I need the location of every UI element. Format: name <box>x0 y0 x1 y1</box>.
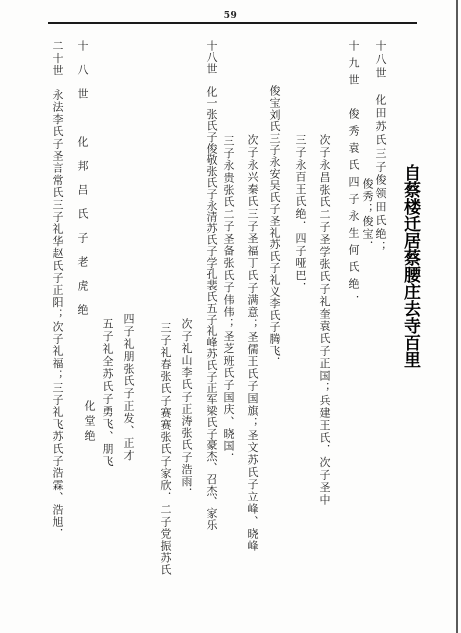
entry-gen20-yongfa: 二十世 永法李氏子圣言常氏三子礼华赵氏子正阳；次子礼福；三子礼飞苏氏子浩霖、浩旭… <box>50 40 64 540</box>
scan-edge-line <box>456 0 458 633</box>
entry-yongbai: 三子永百王氏绝．四子哑巴． <box>293 134 307 294</box>
entry-gen19-junxiu: 十九世 俊秀袁氏四子永生何氏绝． <box>346 40 360 312</box>
section-title: 自蔡楼迁居蔡腰庄去寺百里 <box>398 164 421 368</box>
page-number: 59 <box>0 11 461 21</box>
entry-yonggui: 三子永贵张氏二子圣备张氏子伟伟；圣芝班氏子国庆、晓国． <box>221 135 235 464</box>
entry-lipeng: 四子礼朋张氏子正发、正才 <box>121 313 135 462</box>
entry-lichun: 三子礼春张氏子赛赛张氏子家欣．二子党振苏氏 <box>158 322 172 576</box>
entry-liquan: 五子礼全苏氏子勇飞、朋飞 <box>100 318 114 468</box>
entry-junbao: 俊宝刘氏三子永安吴氏子圣礼苏氏子礼义李氏子腾飞． <box>267 85 281 368</box>
entry-yongxing: 次子永兴秦氏三子圣福丁氏子满意；圣儒王氏子国旗；圣文苏氏子立峰、晓峰 <box>245 134 259 552</box>
header-rule <box>48 22 417 24</box>
entry-huatang: 化堂绝 <box>82 400 96 445</box>
entry-lishan: 次子礼山李氏子正涛张氏子浩雨． <box>179 318 193 500</box>
entry-gen18-huatian-wrap: 俊秀；俊宝． <box>360 178 374 253</box>
entry-gen18-huabang: 十八世 化邦吕氏子老虎绝 <box>75 40 89 328</box>
entry-yongchang: 次子永昌张氏二子圣学张氏子礼奎袁氏子正国；兵建王氏．次子圣中 <box>317 134 331 506</box>
document-page: 59 自蔡楼迁居蔡腰庄去寺百里 十八世 化田苏氏三子俊领田氏绝； 俊秀；俊宝． … <box>0 0 461 633</box>
entry-gen18-huayi: 十八世 化一张氏子俊敬张氏子永清苏氏子学孔裴氏五子礼峰苏氏子正军梁氏子豪杰、召杰… <box>204 40 218 530</box>
entry-gen18-huatian: 十八世 化田苏氏三子俊领田氏绝； <box>373 40 387 254</box>
